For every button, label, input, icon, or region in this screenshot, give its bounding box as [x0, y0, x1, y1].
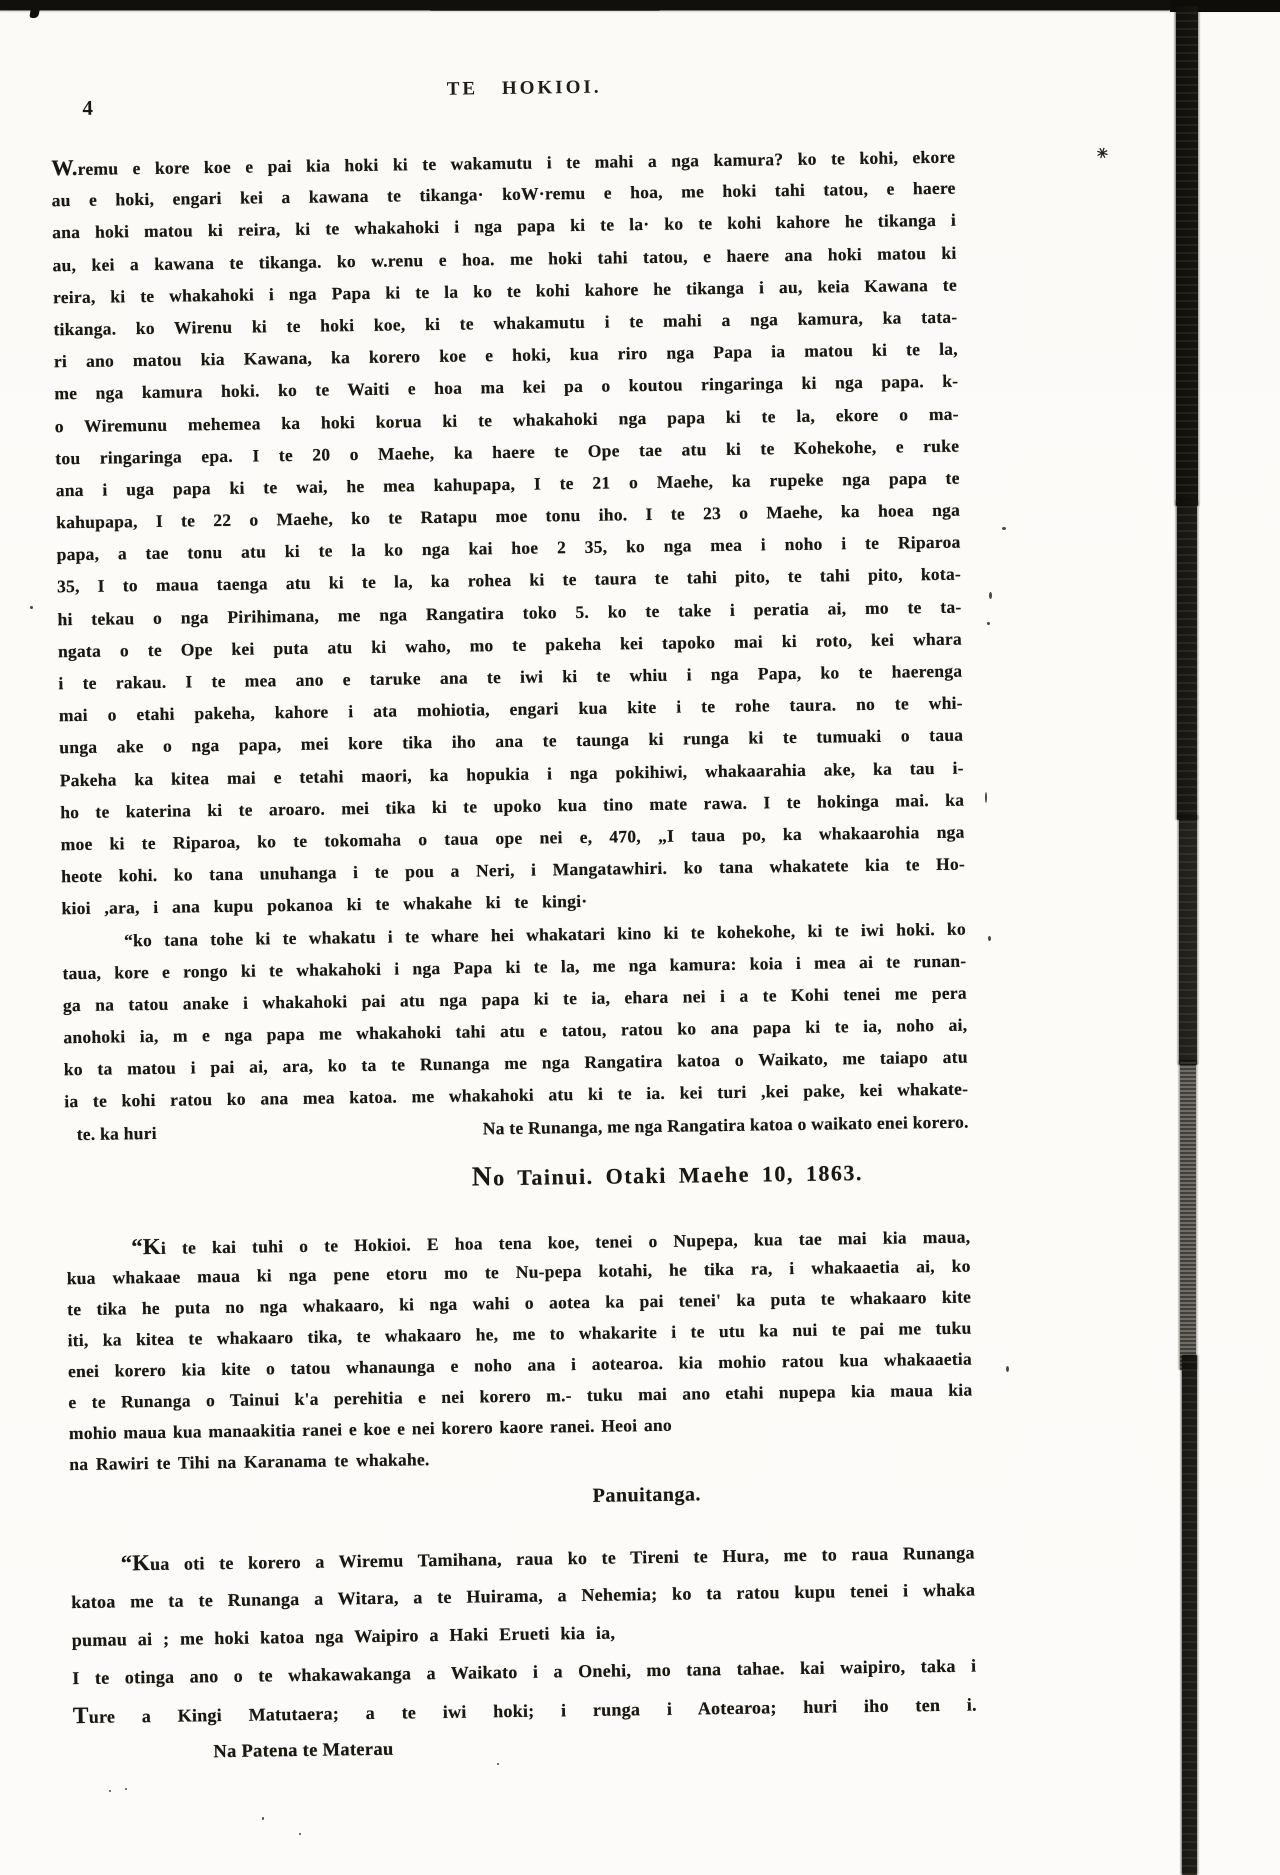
ink-speck [125, 1788, 127, 1790]
ink-speck [987, 622, 990, 625]
letter-body: “Ki te kai tuhi o te Hokioi. E hoa tena … [66, 1219, 973, 1480]
scan-gutter-bar [1179, 815, 1197, 1065]
ink-speck [989, 592, 992, 599]
ink-speck [109, 1790, 111, 1792]
ink-speck [299, 1833, 301, 1835]
ink-speck [30, 606, 33, 609]
masthead-title: TE HOKIOI. [50, 72, 954, 107]
scan-gutter-bar [1182, 1355, 1197, 1875]
ink-speck [988, 936, 991, 941]
scan-top-edge-artifact [0, 0, 1280, 10]
page-header: 4 TE HOKIOI. [50, 70, 955, 127]
closing-attribution: Na te Runanga, me nga Rangatira katoa o … [483, 1105, 969, 1144]
scan-gutter-bar [1177, 500, 1197, 820]
ink-speck [262, 1817, 264, 1820]
article-body: W.remu e kore koe e pai kia hoki ki te w… [51, 140, 968, 1118]
notice-body: “Kua oti te korero a Wiremu Tamihana, ra… [70, 1532, 977, 1735]
ink-speck [1002, 527, 1006, 530]
notice-heading: Panuitanga. [70, 1479, 974, 1515]
closing-left-text: te. ka huri [65, 1117, 158, 1150]
scan-gutter-bar-speckle [1180, 1060, 1196, 1370]
scanned-newspaper-page: ✳ 4 TE HOKIOI. W.remu e kore koe e pai k… [0, 0, 1280, 1875]
dateline-heading: No Tainui. Otaki Maehe 10, 1863. [65, 1153, 969, 1198]
page-content: 4 TE HOKIOI. W.remu e kore koe e pai kia… [50, 70, 978, 1773]
ink-speck [985, 792, 987, 803]
scan-gutter-bar [1176, 6, 1198, 506]
ink-speck [1006, 1366, 1009, 1372]
printer-mark: ✳ [1094, 145, 1110, 165]
